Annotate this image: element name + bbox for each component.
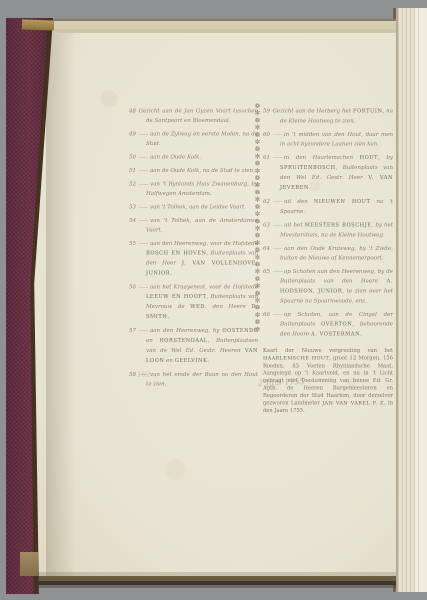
ditto-dash: ——: [273, 198, 282, 205]
ditto-dash: ——: [273, 131, 282, 138]
catalog-entry: 49——aan de Zylweg en eerste Molen, na de…: [129, 129, 258, 148]
catalog-entry: 53——van 't Tolhek, aan de Leidse Vaart.: [129, 202, 258, 212]
catalog-entry: 61——in den Haarlemschen HOUT, by SPRUITE…: [263, 153, 393, 193]
ditto-dash: ——: [139, 204, 148, 211]
catalog-entry: 55——aan den Heerenweg, voor de Hofstede …: [129, 239, 258, 279]
catalog-entry: 52——van 't Rynlands Huis Zwanenburg, by …: [129, 179, 258, 198]
ditto-dash: ——: [273, 268, 282, 275]
ditto-dash: ——: [139, 284, 148, 291]
ditto-dash: ——: [139, 181, 148, 188]
entry-number: 63: [263, 222, 270, 229]
tailband-gilt-edge: [20, 552, 38, 576]
entry-number: 61: [263, 154, 270, 161]
page-bottom-edge: [34, 572, 396, 588]
catalog-entry: 63——uit het MEESTERS BOSCHJE, by het Mee…: [263, 220, 393, 240]
catalog-entry: 60——in 't midden van den Hout, daar men …: [263, 130, 393, 149]
entry-number: 53: [129, 204, 136, 211]
catalog-entry: 51——aan de Oude Kolk, na de Stad te zien…: [129, 166, 258, 176]
catalog-left-column: 48Gezicht aan de Jan Gyzen Vaart tussche…: [129, 106, 258, 393]
catalog-entry: 62——uit den NIEUWEN HOUT na 't Spaarne.: [263, 197, 393, 217]
catalog-entry: 66——op Schoten, aan de Cingel der Buiten…: [263, 310, 393, 340]
ditto-dash: ——: [139, 217, 148, 224]
catalog-entry: 57——aan den Heerenweg, by OOSTENDE en HO…: [129, 326, 258, 366]
gutter-shadow: [46, 33, 76, 579]
entry-number: 58: [129, 371, 136, 378]
entry-number: 60: [263, 131, 270, 138]
catalog-entry: 59Gezicht aan de Herberg het FORTUIN, na…: [263, 106, 393, 126]
headband-gilt-edge: [22, 19, 54, 30]
entry-number: 56: [129, 284, 136, 291]
pencil-annotation-number: 102: [137, 371, 150, 379]
entry-number: 54: [129, 217, 136, 224]
entry-number: 65: [263, 268, 270, 275]
entry-number: 52: [129, 181, 136, 188]
entry-number: 50: [129, 154, 136, 161]
catalog-entry: 48Gezicht aan de Jan Gyzen Vaart tussche…: [129, 106, 258, 125]
catalog-entry: 50——aan de Oude Kolk.: [129, 152, 258, 162]
ditto-dash: ——: [273, 311, 282, 318]
catalog-entry: 65——op Schoten aan den Heerenweg, by de …: [263, 267, 393, 306]
catalog-entry: 64——aan den Oude Kruisweg, by 't Zwite, …: [263, 244, 393, 263]
entry-number: 62: [263, 198, 270, 205]
entry-number: 51: [129, 167, 136, 174]
catalog-right-column: 59Gezicht aan de Herberg het FORTUIN, na…: [263, 106, 393, 415]
entry-number: 64: [263, 245, 270, 252]
pencil-annotation: 2 Juni 1755: [258, 377, 305, 388]
ditto-dash: ——: [139, 154, 148, 161]
fore-edge-page-lines: [398, 8, 420, 592]
entry-number: 49: [129, 131, 136, 138]
ditto-dash: ——: [139, 167, 148, 174]
ditto-dash: ——: [273, 154, 282, 161]
entry-number: 66: [263, 311, 270, 318]
entry-number: 55: [129, 240, 136, 247]
ditto-dash: ——: [139, 240, 148, 247]
ditto-dash: ——: [273, 222, 282, 229]
ditto-dash: ——: [273, 245, 282, 252]
catalog-entry: 54——van 't Tolhek, aan de Amsterdamse Va…: [129, 216, 258, 235]
book-photo: 48Gezicht aan de Jan Gyzen Vaart tussche…: [0, 0, 427, 600]
entry-number: 57: [129, 327, 136, 334]
entry-number: 59: [263, 108, 270, 115]
ditto-dash: ——: [139, 327, 148, 334]
catalog-entry: 56——aan het Kraayenest, voor de Hofstede…: [129, 282, 258, 322]
entry-number: 48: [129, 108, 136, 115]
ditto-dash: ——: [139, 131, 148, 138]
